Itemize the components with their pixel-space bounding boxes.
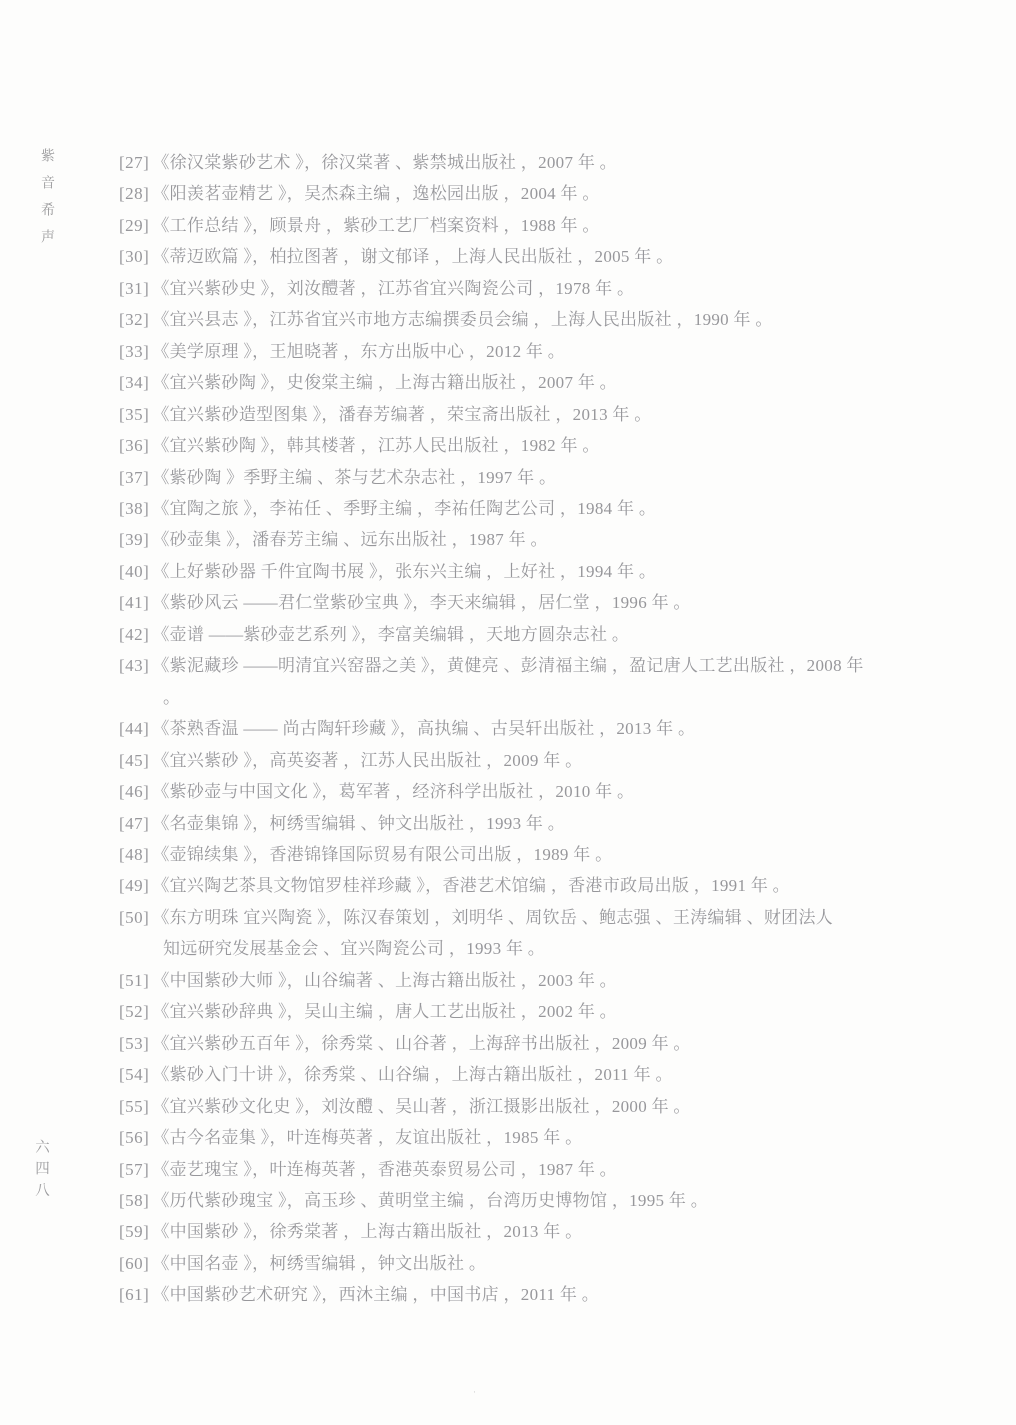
bibliography-entry: [55]《宜兴紫砂文化史 》，刘汝醴 、吴山著 ，浙江摄影出版社 ，2000 年… — [119, 1091, 875, 1122]
entry-text: 《中国紫砂大师 》，山谷编著 、上海古籍出版社 ，2003 年 。 — [152, 971, 617, 990]
entry-text: 《紫砂入门十讲 》，徐秀棠 、山谷编 ，上海古籍出版社 ，2011 年 。 — [152, 1065, 672, 1084]
entry-number: [40] — [119, 562, 149, 581]
entry-text: 《壶艺瑰宝 》，叶连梅英著 ，香港英泰贸易公司 ，1987 年 。 — [152, 1160, 617, 1179]
bibliography-entry: [43]《紫泥藏珍 ——明清宜兴窑器之美 》，黄健亮 、彭清福主编 ，盈记唐人工… — [119, 650, 875, 713]
entry-number: [32] — [119, 310, 149, 329]
entry-text: 《紫砂陶 》季野主编 、茶与艺术杂志社 ，1997 年 。 — [152, 468, 556, 487]
entry-text: 《茶熟香温 —— 尚古陶轩珍藏 》，高执编 、古吴轩出版社 ，2013 年 。 — [152, 719, 695, 738]
bibliography-entry: [32]《宜兴县志 》，江苏省宜兴市地方志编撰委员会编 ，上海人民出版社 ，19… — [119, 304, 875, 335]
entry-text: 《紫砂壶与中国文化 》，葛军著 ，经济科学出版社 ，2010 年 。 — [152, 782, 634, 801]
entry-number: [53] — [119, 1034, 149, 1053]
entry-text: 《砂壶集 》，潘春芳主编 、远东出版社 ，1987 年 。 — [152, 530, 547, 549]
bibliography-entry: [44]《茶熟香温 —— 尚古陶轩珍藏 》，高执编 、古吴轩出版社 ，2013 … — [119, 713, 875, 744]
entry-text: 《壶谱 ——紫砂壶艺系列 》，李富美编辑 ，天地方圆杂志社 。 — [152, 625, 629, 644]
entry-number: [42] — [119, 625, 149, 644]
entry-number: [58] — [119, 1191, 149, 1210]
bibliography-entry: [37]《紫砂陶 》季野主编 、茶与艺术杂志社 ，1997 年 。 — [119, 462, 875, 493]
entry-text: 《中国紫砂 》，徐秀棠著 ，上海古籍出版社 ，2013 年 。 — [152, 1222, 582, 1241]
bibliography-entry: [60]《中国名壶 》，柯绣雪编辑 ，钟文出版社 。 — [119, 1248, 875, 1279]
entry-number: [57] — [119, 1160, 149, 1179]
entry-text: 《美学原理 》，王旭晓著 ，东方出版中心 ，2012 年 。 — [152, 342, 565, 361]
bibliography-entry: [39]《砂壶集 》，潘春芳主编 、远东出版社 ，1987 年 。 — [119, 524, 875, 555]
bibliography-entry: [49]《宜兴陶艺茶具文物馆罗桂祥珍藏 》，香港艺术馆编 ，香港市政局出版 ，1… — [119, 870, 875, 901]
entry-number: [49] — [119, 876, 149, 895]
entry-number: [29] — [119, 216, 149, 235]
entry-number: [59] — [119, 1222, 149, 1241]
entry-text: 《上好紫砂器 千件宜陶书展 》，张东兴主编 ，上好社 ，1994 年 。 — [152, 562, 656, 581]
bibliography-entry: [35]《宜兴紫砂造型图集 》，潘春芳编著 ，荣宝斋出版社 ，2013 年 。 — [119, 399, 875, 430]
bibliography-entry: [36]《宜兴紫砂陶 》，韩其楼著 ，江苏人民出版社 ，1982 年 。 — [119, 430, 875, 461]
entry-text: 《宜兴紫砂 》，高英姿著 ，江苏人民出版社 ，2009 年 。 — [152, 751, 582, 770]
bibliography-entry: [27]《徐汉棠紫砂艺术 》，徐汉棠著 、紫禁城出版社 ，2007 年 。 — [119, 147, 875, 178]
entry-text: 《宜兴紫砂史 》，刘汝醴著 ，江苏省宜兴陶瓷公司 ，1978 年 。 — [152, 279, 634, 298]
bibliography-entry: [29]《工作总结 》，顾景舟 ，紫砂工艺厂档案资料 ，1988 年 。 — [119, 210, 875, 241]
bibliography-entry: [45]《宜兴紫砂 》，高英姿著 ，江苏人民出版社 ，2009 年 。 — [119, 745, 875, 776]
bibliography-entry: [41]《紫砂风云 ——君仁堂紫砂宝典 》，李天来编辑 ，居仁堂 ，1996 年… — [119, 587, 875, 618]
entry-text: 《中国紫砂艺术研究 》，西沐主编 ，中国书店 ，2011 年 。 — [152, 1285, 599, 1304]
entry-number: [43] — [119, 656, 149, 675]
entry-number: [27] — [119, 153, 149, 172]
bibliography-entry: [31]《宜兴紫砂史 》，刘汝醴著 ，江苏省宜兴陶瓷公司 ，1978 年 。 — [119, 273, 875, 304]
entry-text: 《宜兴县志 》，江苏省宜兴市地方志编撰委员会编 ，上海人民出版社 ，1990 年… — [152, 310, 772, 329]
entry-text: 《工作总结 》，顾景舟 ，紫砂工艺厂档案资料 ，1988 年 。 — [152, 216, 599, 235]
bibliography-entry: [50]《东方明珠 宜兴陶瓷 》，陈汉春策划 ，刘明华 、周钦岳 、鲍志强 、王… — [119, 902, 875, 965]
bibliography-entry: [58]《历代紫砂瑰宝 》，高玉珍 、黄明堂主编 ，台湾历史博物馆 ，1995 … — [119, 1185, 875, 1216]
bibliography-entry: [57]《壶艺瑰宝 》，叶连梅英著 ，香港英泰贸易公司 ，1987 年 。 — [119, 1154, 875, 1185]
bibliography-entry: [61]《中国紫砂艺术研究 》，西沐主编 ，中国书店 ，2011 年 。 — [119, 1279, 875, 1310]
entry-number: [35] — [119, 405, 149, 424]
bibliography-entry: [46]《紫砂壶与中国文化 》，葛军著 ，经济科学出版社 ，2010 年 。 — [119, 776, 875, 807]
entry-number: [31] — [119, 279, 149, 298]
entry-number: [34] — [119, 373, 149, 392]
bibliography-entry: [56]《古今名壶集 》，叶连梅英著 ，友谊出版社 ，1985 年 。 — [119, 1122, 875, 1153]
bibliography-list: [27]《徐汉棠紫砂艺术 》，徐汉棠著 、紫禁城出版社 ，2007 年 。 [2… — [119, 147, 875, 1311]
entry-number: [48] — [119, 845, 149, 864]
bibliography-entry: [52]《宜兴紫砂辞典 》，吴山主编 ，唐人工艺出版社 ，2002 年 。 — [119, 996, 875, 1027]
entry-text: 《东方明珠 宜兴陶瓷 》，陈汉春策划 ，刘明华 、周钦岳 、鲍志强 、王涛编辑 … — [152, 908, 833, 958]
entry-number: [52] — [119, 1002, 149, 1021]
entry-text: 《宜兴紫砂辞典 》，吴山主编 ，唐人工艺出版社 ，2002 年 。 — [152, 1002, 617, 1021]
bibliography-entry: [28]《阳羡茗壶精艺 》，吴杰森主编 ，逸松园出版 ，2004 年 。 — [119, 178, 875, 209]
entry-text: 《名壶集锦 》，柯绣雪编辑 、钟文出版社 ，1993 年 。 — [152, 814, 565, 833]
bibliography-entry: [47]《名壶集锦 》，柯绣雪编辑 、钟文出版社 ，1993 年 。 — [119, 808, 875, 839]
entry-number: [28] — [119, 184, 149, 203]
bibliography-entry: [54]《紫砂入门十讲 》，徐秀棠 、山谷编 ，上海古籍出版社 ，2011 年 … — [119, 1059, 875, 1090]
bibliography-entry: [48]《壶锦续集 》，香港锦锋国际贸易有限公司出版 ，1989 年 。 — [119, 839, 875, 870]
entry-number: [30] — [119, 247, 149, 266]
entry-number: [56] — [119, 1128, 149, 1147]
entry-number: [39] — [119, 530, 149, 549]
bibliography-entry: [38]《宜陶之旅 》，李祐任 、季野主编 ，李祐任陶艺公司 ，1984 年 。 — [119, 493, 875, 524]
entry-text: 《宜兴紫砂陶 》，史俊棠主编 ，上海古籍出版社 ，2007 年 。 — [152, 373, 617, 392]
entry-number: [55] — [119, 1097, 149, 1116]
entry-number: [38] — [119, 499, 149, 518]
entry-text: 《宜陶之旅 》，李祐任 、季野主编 ，李祐任陶艺公司 ，1984 年 。 — [152, 499, 656, 518]
book-title-vertical: 紫音希声 — [36, 148, 56, 256]
entry-number: [36] — [119, 436, 149, 455]
bibliography-entry: [30]《蒂迈欧篇 》，柏拉图著 ，谢文郁译 ，上海人民出版社 ，2005 年 … — [119, 241, 875, 272]
bibliography-entry: [33]《美学原理 》，王旭晓著 ，东方出版中心 ，2012 年 。 — [119, 336, 875, 367]
entry-number: [45] — [119, 751, 149, 770]
entry-number: [33] — [119, 342, 149, 361]
entry-number: [46] — [119, 782, 149, 801]
entry-text: 《徐汉棠紫砂艺术 》，徐汉棠著 、紫禁城出版社 ，2007 年 。 — [152, 153, 617, 172]
entry-number: [50] — [119, 908, 149, 927]
entry-text: 《宜兴陶艺茶具文物馆罗桂祥珍藏 》，香港艺术馆编 ，香港市政局出版 ，1991 … — [152, 876, 790, 895]
footer-mark: · — [473, 1390, 477, 1394]
entry-text: 《宜兴紫砂造型图集 》，潘春芳编著 ，荣宝斋出版社 ，2013 年 。 — [152, 405, 651, 424]
entry-number: [60] — [119, 1254, 149, 1273]
page-number-vertical: 六四八 — [31, 1139, 52, 1204]
bibliography-entry: [59]《中国紫砂 》，徐秀棠著 ，上海古籍出版社 ，2013 年 。 — [119, 1216, 875, 1247]
entry-text: 《历代紫砂瑰宝 》，高玉珍 、黄明堂主编 ，台湾历史博物馆 ，1995 年 。 — [152, 1191, 708, 1210]
entry-number: [61] — [119, 1285, 149, 1304]
entry-text: 《蒂迈欧篇 》，柏拉图著 ，谢文郁译 ，上海人民出版社 ，2005 年 。 — [152, 247, 673, 266]
entry-number: [41] — [119, 593, 149, 612]
entry-text: 《紫砂风云 ——君仁堂紫砂宝典 》，李天来编辑 ，居仁堂 ，1996 年 。 — [152, 593, 690, 612]
entry-number: [37] — [119, 468, 149, 487]
entry-text: 《壶锦续集 》，香港锦锋国际贸易有限公司出版 ，1989 年 。 — [152, 845, 612, 864]
entry-text: 《中国名壶 》，柯绣雪编辑 ，钟文出版社 。 — [152, 1254, 486, 1273]
bibliography-entry: [51]《中国紫砂大师 》，山谷编著 、上海古籍出版社 ，2003 年 。 — [119, 965, 875, 996]
entry-text: 《古今名壶集 》，叶连梅英著 ，友谊出版社 ，1985 年 。 — [152, 1128, 582, 1147]
bibliography-entry: [53]《宜兴紫砂五百年 》，徐秀棠 、山谷著 ，上海辞书出版社 ，2009 年… — [119, 1028, 875, 1059]
entry-number: [44] — [119, 719, 149, 738]
entry-number: [54] — [119, 1065, 149, 1084]
entry-number: [47] — [119, 814, 149, 833]
entry-text: 《宜兴紫砂陶 》，韩其楼著 ，江苏人民出版社 ，1982 年 。 — [152, 436, 599, 455]
entry-text: 《宜兴紫砂文化史 》，刘汝醴 、吴山著 ，浙江摄影出版社 ，2000 年 。 — [152, 1097, 690, 1116]
bibliography-entry: [42]《壶谱 ——紫砂壶艺系列 》，李富美编辑 ，天地方圆杂志社 。 — [119, 619, 875, 650]
entry-number: [51] — [119, 971, 149, 990]
entry-text: 《宜兴紫砂五百年 》，徐秀棠 、山谷著 ，上海辞书出版社 ，2009 年 。 — [152, 1034, 690, 1053]
bibliography-entry: [40]《上好紫砂器 千件宜陶书展 》，张东兴主编 ，上好社 ，1994 年 。 — [119, 556, 875, 587]
bibliography-entry: [34]《宜兴紫砂陶 》，史俊棠主编 ，上海古籍出版社 ，2007 年 。 — [119, 367, 875, 398]
entry-text: 《阳羡茗壶精艺 》，吴杰森主编 ，逸松园出版 ，2004 年 。 — [152, 184, 599, 203]
entry-text: 《紫泥藏珍 ——明清宜兴窑器之美 》，黄健亮 、彭清福主编 ，盈记唐人工艺出版社… — [152, 656, 868, 706]
